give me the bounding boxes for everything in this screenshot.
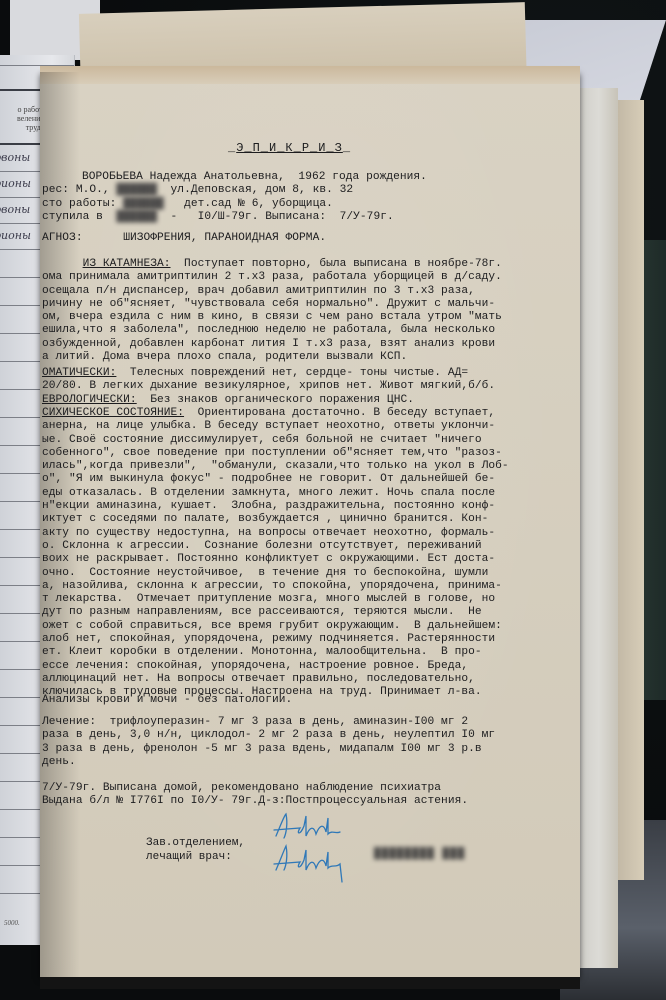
section-text: анерна, на лице улыбка. В беседу вступае…: [42, 420, 495, 432]
section-text: о", "Я им выкинула фокус" - подробнее не…: [42, 473, 495, 485]
sick-leave-line: Выдана б/л № I776I по I0/У- 79г.Д-з:Пост…: [42, 795, 582, 808]
section-text: Поступает повторно, была выписана в нояб…: [171, 258, 502, 270]
patient-name-line: ВОРОБЬЕВА Надежда Анатольевна, 1962 года…: [42, 171, 582, 184]
text-line: очно. Состояние неустойчивое, в течение …: [42, 567, 582, 580]
discharge-line: 7/У-79г. Выписана домой, рекомендовано н…: [42, 782, 582, 795]
section-text: аллюцинаций нет. На вопросы отвечает пра…: [42, 673, 475, 685]
section-text: н"екции аминазина, кушает. Злобна, раздр…: [42, 500, 495, 512]
section-text: дут по разным направлениям, все рассеива…: [42, 606, 482, 618]
text-line: ешила,что я заболела", последнюю неделю …: [42, 324, 582, 337]
section-text: ома принимала амитриптилин 2 т.х3 раза, …: [42, 271, 502, 283]
indent: [42, 258, 83, 270]
stacked-page-right-edge-2: [618, 100, 644, 880]
section-text: Ориентирована достаточно. В беседу вступ…: [184, 407, 495, 419]
section-text: очно. Состояние неустойчивое, в течение …: [42, 567, 488, 579]
neurological-text: Без знаков органического поражения ЦНС.: [150, 394, 414, 406]
discharge-section: 7/У-79г. Выписана домой, рекомендовано н…: [42, 782, 582, 809]
signature-ink: [274, 814, 342, 882]
section-text: а, назойлива, склонна к агрессии, то спо…: [42, 580, 502, 592]
somatic-section: ОМАТИЧЕСКИ: Телесных повреждений нет, се…: [42, 367, 582, 394]
text-line: анерна, на лице улыбка. В беседу вступае…: [42, 420, 582, 433]
text-line: озбужденной, добавлен карбонат лития I т…: [42, 338, 582, 351]
section-label: ИЗ КАТАМНЕЗА:: [83, 258, 171, 270]
diagnosis-label: АГНОЗ:: [42, 232, 83, 244]
workplace-line: сто работы: ██████ дет.сад № 6, уборщица…: [42, 198, 582, 211]
text-line: собенного", свое поведение при поступлен…: [42, 447, 582, 460]
text-line: ома принимала амитриптилин 2 т.х3 раза, …: [42, 271, 582, 284]
catamnesis-section: ИЗ КАТАМНЕЗА: Поступает повторно, была в…: [42, 258, 582, 364]
text-line: ОМАТИЧЕСКИ: Телесных повреждений нет, се…: [42, 367, 582, 380]
text-line: ИЗ КАТАМНЕЗА: Поступает повторно, была в…: [42, 258, 582, 271]
doctor-name-redacted: ████████ ███: [374, 848, 465, 860]
section-text: о. Склонна к агрессии. Сознание болезни …: [42, 540, 482, 552]
section-text: 20/80. В легких дыхание везикулярное, хр…: [42, 380, 495, 392]
redacted-text: ██████: [116, 211, 157, 223]
text-line: воих не раскрывает. Постоянно конфликтуе…: [42, 553, 582, 566]
section-text: ожет с собой справиться, все время груби…: [42, 620, 502, 632]
section-label: ОМАТИЧЕСКИ:: [42, 367, 116, 379]
section-text: ешила,что я заболела", последнюю неделю …: [42, 324, 495, 336]
text-line: акту по существу недоступна, на вопросы …: [42, 527, 582, 540]
workplace-label: сто работы:: [42, 198, 116, 210]
handwritten-entry: рионы: [0, 229, 31, 242]
admission-line: ступила в ██████ - I0/Ш-79г. Выписана: 7…: [42, 211, 582, 224]
form-footer-number: 5000.: [4, 919, 20, 927]
section-text: собенного", свое поведение при поступлен…: [42, 447, 502, 459]
section-text: осещала п/н диспансер, врач добавил амит…: [42, 285, 475, 297]
address-label: рес:: [42, 184, 69, 196]
text-line: о", "Я им выкинула фокус" - подробнее не…: [42, 473, 582, 486]
attending-doctor-label: лечащий врач:: [146, 851, 232, 863]
text-line: еды отказалась. В отделении замкнута, мн…: [42, 487, 582, 500]
section-text: а литий. Дома вчера плохо спала, родител…: [42, 351, 407, 363]
admission-dates: - I0/Ш-79г. Выписана: 7/У-79г.: [171, 211, 394, 223]
handwritten-entry: рвоны: [0, 203, 30, 216]
text-line: т лекарства. Отмечает притупление мозга,…: [42, 593, 582, 606]
text-line: ессе лечения: спокойная, упорядочена, на…: [42, 660, 582, 673]
section-text: ом, вчера ездила с ним в кино, в связи с…: [42, 311, 502, 323]
section-text: ессе лечения: спокойная, упорядочена, на…: [42, 660, 468, 672]
diagnosis-value: ШИЗОФРЕНИЯ, ПАРАНОИДНАЯ ФОРМА.: [123, 232, 326, 244]
page-shadow: [40, 977, 580, 989]
head-of-department-label: Зав.отделением,: [146, 837, 245, 849]
workplace-value: дет.сад № 6, уборщица.: [184, 198, 333, 210]
torn-paper-edge: [40, 66, 580, 84]
patient-header: ВОРОБЬЕВА Надежда Анатольевна, 1962 года…: [42, 171, 582, 224]
address-region: М.О.,: [76, 184, 110, 196]
text-line: ричину не об"ясняет, "чувствовала себя н…: [42, 298, 582, 311]
address-line: рес: М.О., ██████ ул.Деповская, дом 8, к…: [42, 184, 582, 197]
section-text: Телесных повреждений нет, сердце- тоны ч…: [116, 367, 468, 379]
text-line: ые. Своё состояние диссимулирует, себя б…: [42, 434, 582, 447]
section-label: СИХИЧЕСКОЕ СОСТОЯНИЕ:: [42, 407, 184, 419]
text-line: аллюцинаций нет. На вопросы отвечает пра…: [42, 673, 582, 686]
text-line: дут по разным направлениям, все рассеива…: [42, 606, 582, 619]
text-line: раза в день, 3,0 н/н, циклодол- 2 мг 2 р…: [42, 729, 582, 742]
text-line: Лечение: трифлоуперазин- 7 мг 3 раза в д…: [42, 716, 582, 729]
section-text: воих не раскрывает. Постоянно конфликтуе…: [42, 553, 495, 565]
text-line: ет. Клеит коробки в отделении. Монотонна…: [42, 646, 582, 659]
text-line: ожет с собой справиться, все время груби…: [42, 620, 582, 633]
section-text: еды отказалась. В отделении замкнута, мн…: [42, 487, 495, 499]
text-line: день.: [42, 756, 582, 769]
diagnosis: АГНОЗ: ШИЗОФРЕНИЯ, ПАРАНОИДНАЯ ФОРМА.: [42, 232, 582, 245]
admission-label: ступила в: [42, 211, 103, 223]
section-text: акту по существу недоступна, на вопросы …: [42, 527, 495, 539]
address-value: ул.Деповская, дом 8, кв. 32: [171, 184, 354, 196]
handwritten-entry: рвоны: [0, 151, 30, 164]
section-text: алоб нет, спокойная, упорядочена, режиму…: [42, 633, 495, 645]
text-line: ом, вчера ездила с ним в кино, в связи с…: [42, 311, 582, 324]
text-line: а литий. Дома вчера плохо спала, родител…: [42, 351, 582, 364]
section-text: ричину не об"ясняет, "чувствовала себя н…: [42, 298, 495, 310]
text-line: алоб нет, спокойная, упорядочена, режиму…: [42, 633, 582, 646]
text-line: 20/80. В легких дыхание везикулярное, хр…: [42, 380, 582, 393]
neurological-section: ЕВРОЛОГИЧЕСКИ: Без знаков органического …: [42, 394, 582, 407]
section-text: т лекарства. Отмечает притупление мозга,…: [42, 593, 495, 605]
signature-labels: Зав.отделением, лечащий врач:: [146, 836, 245, 864]
text-line: илась",когда привезли", "обманули, сказа…: [42, 460, 582, 473]
neurological-label: ЕВРОЛОГИЧЕСКИ:: [42, 394, 137, 406]
redacted-text: ██████: [116, 184, 157, 196]
document-title: _Э_П_И_К_Р_И_З_: [228, 142, 351, 155]
text-line: осещала п/н диспансер, врач добавил амит…: [42, 285, 582, 298]
section-text: иктует с соседями по палате, возбуждаетс…: [42, 513, 488, 525]
section-text: илась",когда привезли", "обманули, сказа…: [42, 460, 509, 472]
text-line: н"екции аминазина, кушает. Злобна, раздр…: [42, 500, 582, 513]
redacted-text: ██████: [123, 198, 164, 210]
mental-state-section: СИХИЧЕСКОЕ СОСТОЯНИЕ: Ориентирована дост…: [42, 407, 582, 700]
handwritten-signature: [270, 812, 350, 884]
section-text: ет. Клеит коробки в отделении. Монотонна…: [42, 646, 482, 658]
handwritten-entry: рионы: [0, 177, 31, 190]
analyses-text: Анализы крови и мочи - без патологии.: [42, 694, 582, 707]
text-line: о. Склонна к агрессии. Сознание болезни …: [42, 540, 582, 553]
text-line: иктует с соседями по палате, возбуждаетс…: [42, 513, 582, 526]
text-line: а, назойлива, склонна к агрессии, то спо…: [42, 580, 582, 593]
analyses-section: Анализы крови и мочи - без патологии.: [42, 694, 582, 707]
text-line: 3 раза в день, френолон -5 мг 3 раза вде…: [42, 743, 582, 756]
section-text: озбужденной, добавлен карбонат лития I т…: [42, 338, 495, 350]
section-text: ые. Своё состояние диссимулирует, себя б…: [42, 434, 482, 446]
text-line: СИХИЧЕСКОЕ СОСТОЯНИЕ: Ориентирована дост…: [42, 407, 582, 420]
treatment-section: Лечение: трифлоуперазин- 7 мг 3 раза в д…: [42, 716, 582, 769]
